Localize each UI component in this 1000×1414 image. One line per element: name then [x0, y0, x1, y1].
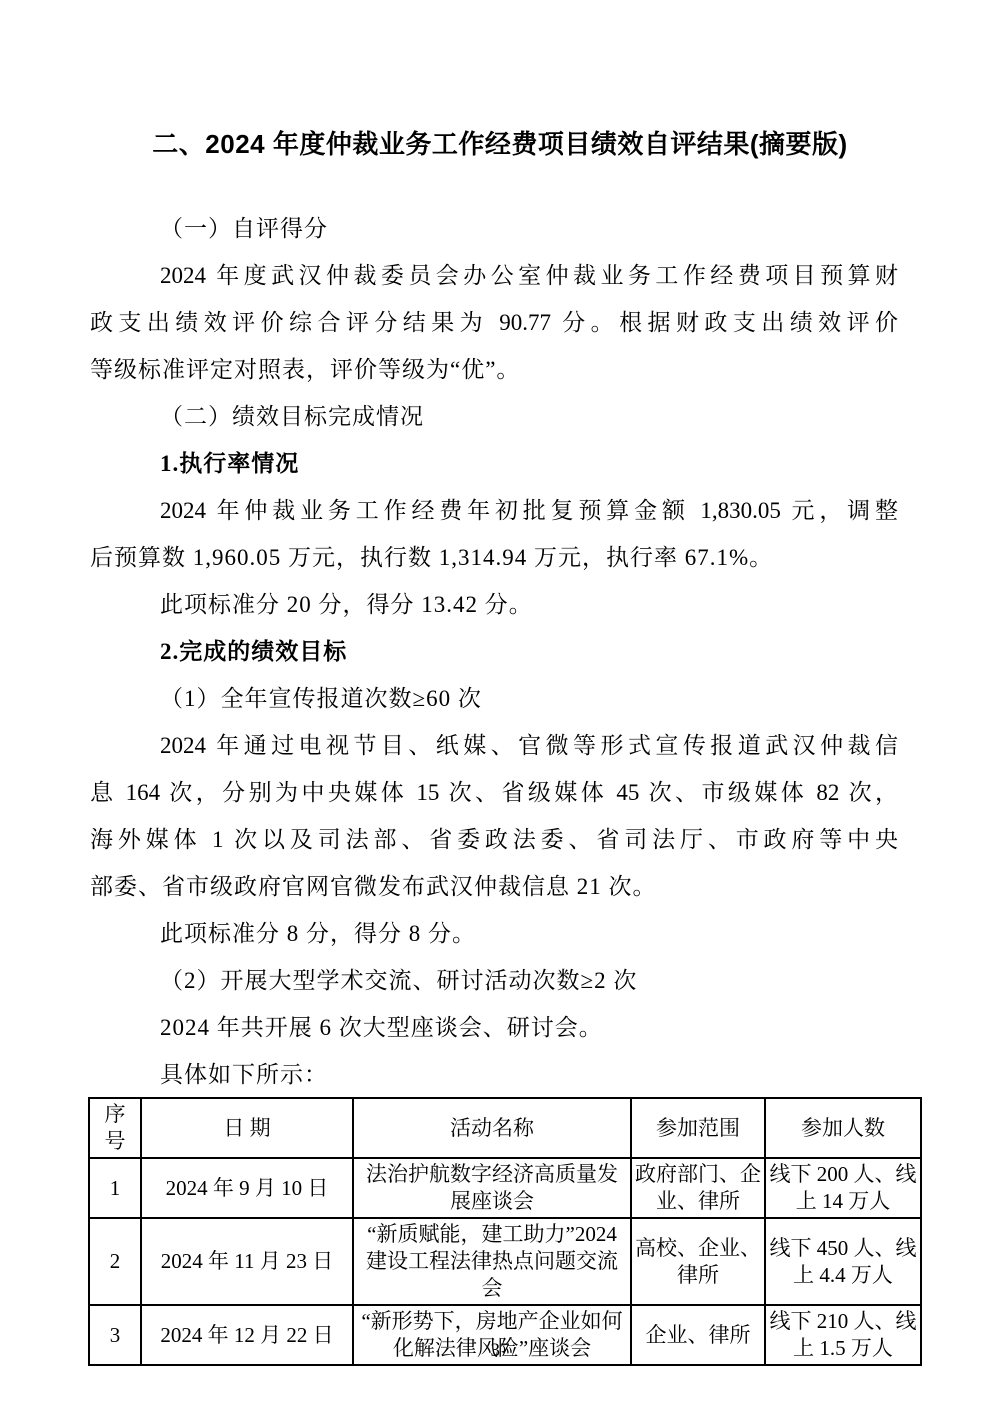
column-header-seq: 序号 — [89, 1098, 141, 1158]
paragraph-line: （1）全年宣传报道次数≥60 次 — [90, 675, 898, 722]
document-page: 二、2024 年度仲裁业务工作经费项目绩效自评结果(摘要版) （一）自评得分 2… — [0, 0, 1000, 1414]
page-number: 37 — [0, 1340, 1000, 1362]
column-header-activity: 活动名称 — [353, 1098, 631, 1158]
paragraph-line: 海外媒体 1 次以及司法部、省委政法委、省司法厅、市政府等中央 — [90, 816, 898, 863]
cell-scope: 高校、企业、律所 — [631, 1218, 765, 1305]
subsection-heading-2: 2.完成的绩效目标 — [90, 628, 898, 675]
table-row: 1 2024 年 9 月 10 日 法治护航数字经济高质量发展座谈会 政府部门、… — [89, 1158, 921, 1218]
document-title: 二、2024 年度仲裁业务工作经费项目绩效自评结果(摘要版) — [0, 124, 1000, 161]
cell-seq: 1 — [89, 1158, 141, 1218]
table-row: 2 2024 年 11 月 23 日 “新质赋能，建工助力”2024 建设工程法… — [89, 1218, 921, 1305]
column-header-scope: 参加范围 — [631, 1098, 765, 1158]
cell-scope: 政府部门、企业、律所 — [631, 1158, 765, 1218]
column-header-attendance: 参加人数 — [765, 1098, 921, 1158]
cell-activity: 法治护航数字经济高质量发展座谈会 — [353, 1158, 631, 1218]
paragraph-line: 部委、省市级政府官网官微发布武汉仲裁信息 21 次。 — [90, 863, 898, 910]
section-heading-2: （二）绩效目标完成情况 — [90, 393, 898, 440]
table-header-row: 序号 日 期 活动名称 参加范围 参加人数 — [89, 1098, 921, 1158]
cell-activity: “新质赋能，建工助力”2024 建设工程法律热点问题交流会 — [353, 1218, 631, 1305]
paragraph-line: 2024 年通过电视节目、纸媒、官微等形式宣传报道武汉仲裁信 — [90, 722, 898, 769]
cell-attendance: 线下 450 人、线上 4.4 万人 — [765, 1218, 921, 1305]
paragraph-line: 2024 年仲裁业务工作经费年初批复预算金额 1,830.05 元，调整 — [90, 487, 898, 534]
cell-attendance: 线下 200 人、线上 14 万人 — [765, 1158, 921, 1218]
paragraph-line: 后预算数 1,960.05 万元，执行数 1,314.94 万元，执行率 67.… — [90, 534, 898, 581]
cell-seq: 2 — [89, 1218, 141, 1305]
activities-table: 序号 日 期 活动名称 参加范围 参加人数 1 2024 年 9 月 10 日 … — [88, 1097, 922, 1366]
paragraph-line: 此项标准分 20 分，得分 13.42 分。 — [90, 581, 898, 628]
cell-date: 2024 年 11 月 23 日 — [141, 1218, 353, 1305]
paragraph-line: 息 164 次，分别为中央媒体 15 次、省级媒体 45 次、市级媒体 82 次… — [90, 769, 898, 816]
column-header-date: 日 期 — [141, 1098, 353, 1158]
cell-date: 2024 年 9 月 10 日 — [141, 1158, 353, 1218]
paragraph-line: 此项标准分 8 分，得分 8 分。 — [90, 910, 898, 957]
paragraph-line: 具体如下所示： — [90, 1051, 898, 1098]
paragraph-line: 等级标准评定对照表，评价等级为“优”。 — [90, 346, 898, 393]
document-body: （一）自评得分 2024 年度武汉仲裁委员会办公室仲裁业务工作经费项目预算财 政… — [90, 205, 898, 1098]
paragraph-line: 政支出绩效评价综合评分结果为 90.77 分。根据财政支出绩效评价 — [90, 299, 898, 346]
paragraph-line: 2024 年共开展 6 次大型座谈会、研讨会。 — [90, 1004, 898, 1051]
subsection-heading-1: 1.执行率情况 — [90, 440, 898, 487]
section-heading-1: （一）自评得分 — [90, 205, 898, 252]
column-header-seq-label: 序号 — [104, 1101, 126, 1155]
paragraph-line: 2024 年度武汉仲裁委员会办公室仲裁业务工作经费项目预算财 — [90, 252, 898, 299]
paragraph-line: （2）开展大型学术交流、研讨活动次数≥2 次 — [90, 957, 898, 1004]
